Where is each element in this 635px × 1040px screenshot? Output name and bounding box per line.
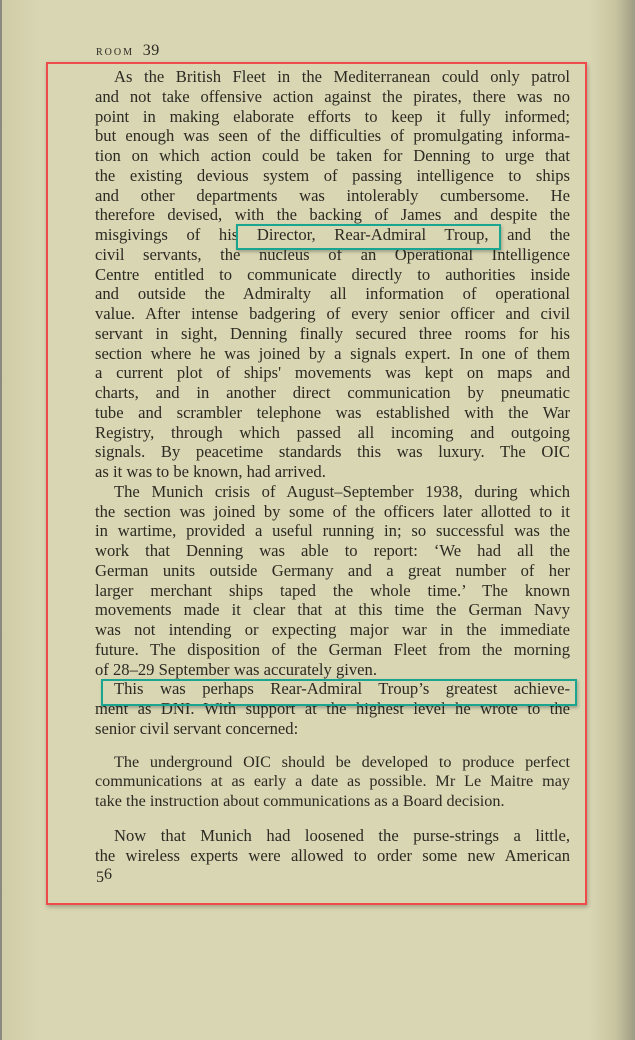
- running-head-title: ROOM: [96, 44, 134, 59]
- running-head: ROOM 39: [96, 42, 160, 60]
- annotation-teal-box-achievement: [101, 679, 577, 706]
- page-left-edge: [0, 0, 2, 1040]
- annotation-red-box: [46, 62, 587, 905]
- annotation-teal-box-director: [236, 224, 501, 250]
- running-head-chapter-number: 39: [143, 42, 160, 59]
